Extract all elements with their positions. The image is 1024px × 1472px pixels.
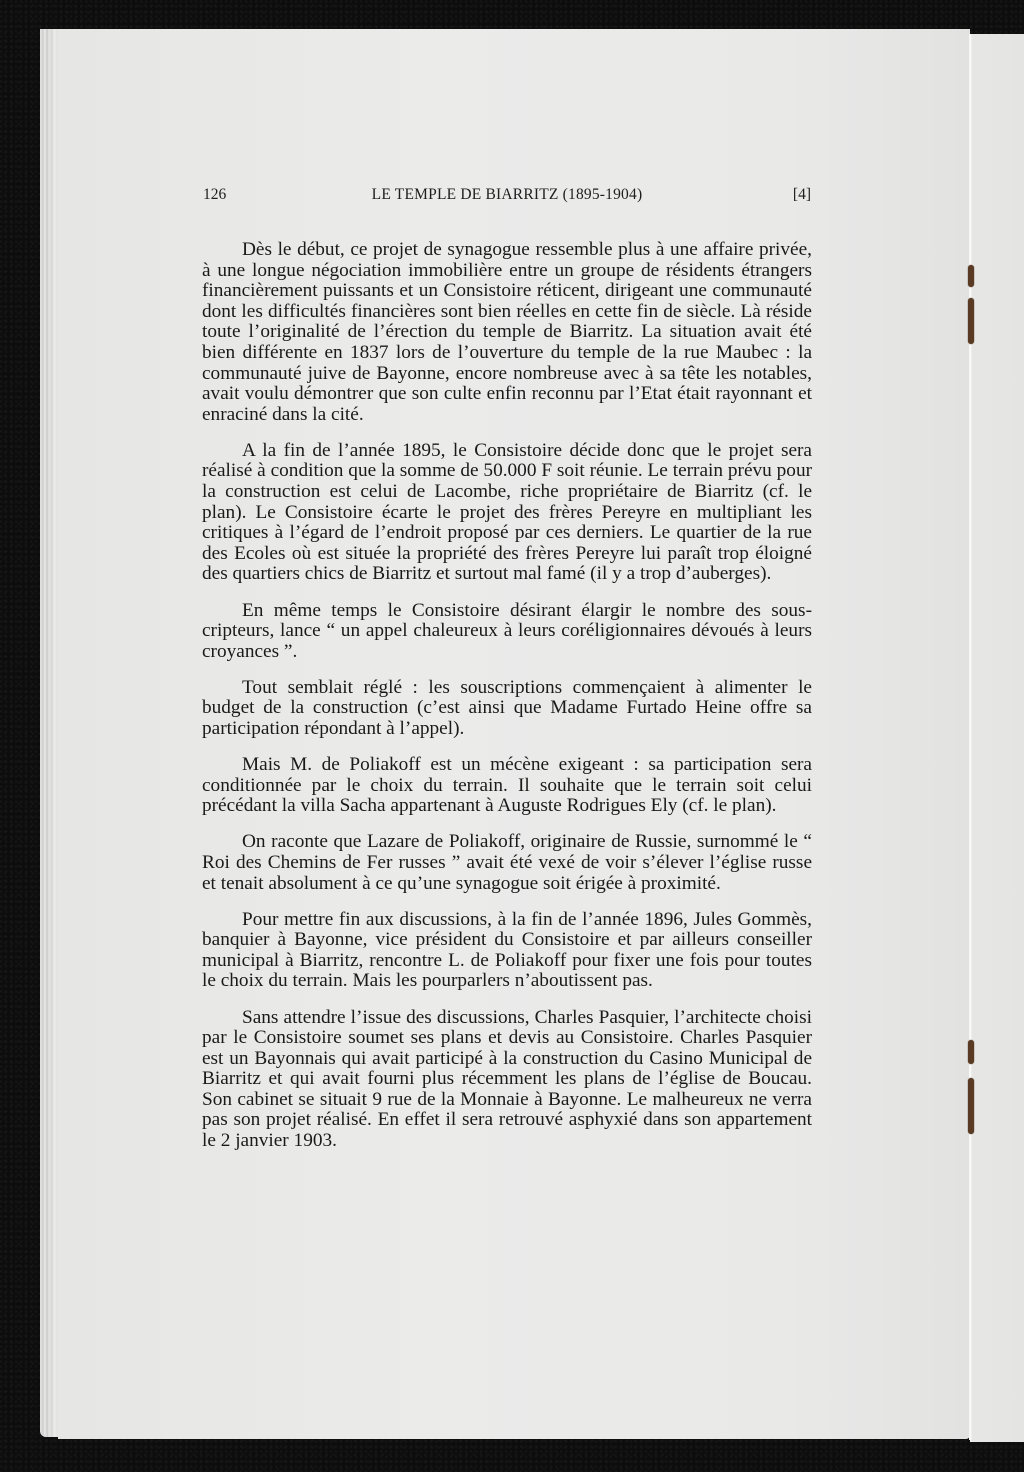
chapter-title: LE TEMPLE DE BIARRITZ (1895-1904) [203, 186, 811, 204]
paragraph: Mais M. de Poliakoff est un mécène exige… [202, 755, 812, 817]
staple-mark-icon [968, 265, 974, 287]
paragraph: Sans attendre l’issue des discussions, C… [202, 1008, 812, 1152]
staple-mark-icon [968, 1078, 974, 1134]
paragraph: Dès le début, ce projet de synagogue res… [202, 240, 812, 425]
staple-mark-icon [968, 1040, 974, 1064]
staple-mark-icon [968, 298, 974, 344]
paragraph: En même temps le Consistoire désirant él… [202, 601, 812, 663]
binding-gutter [969, 34, 971, 1440]
paragraph: A la fin de l’année 1895, le Consistoire… [202, 441, 812, 585]
section-marker: [4] [793, 186, 811, 204]
page-stack-edge [40, 29, 60, 1437]
paragraph: Tout semblait réglé : les souscriptions … [202, 678, 812, 740]
body-text: Dès le début, ce projet de synagogue res… [202, 240, 812, 1167]
running-header: 126 LE TEMPLE DE BIARRITZ (1895-1904) [4… [203, 186, 811, 208]
paragraph: On raconte que Lazare de Poliakoff, orig… [202, 832, 812, 894]
paragraph: Pour mettre fin aux discussions, à la fi… [202, 910, 812, 992]
facing-page-edge [970, 34, 1024, 1442]
